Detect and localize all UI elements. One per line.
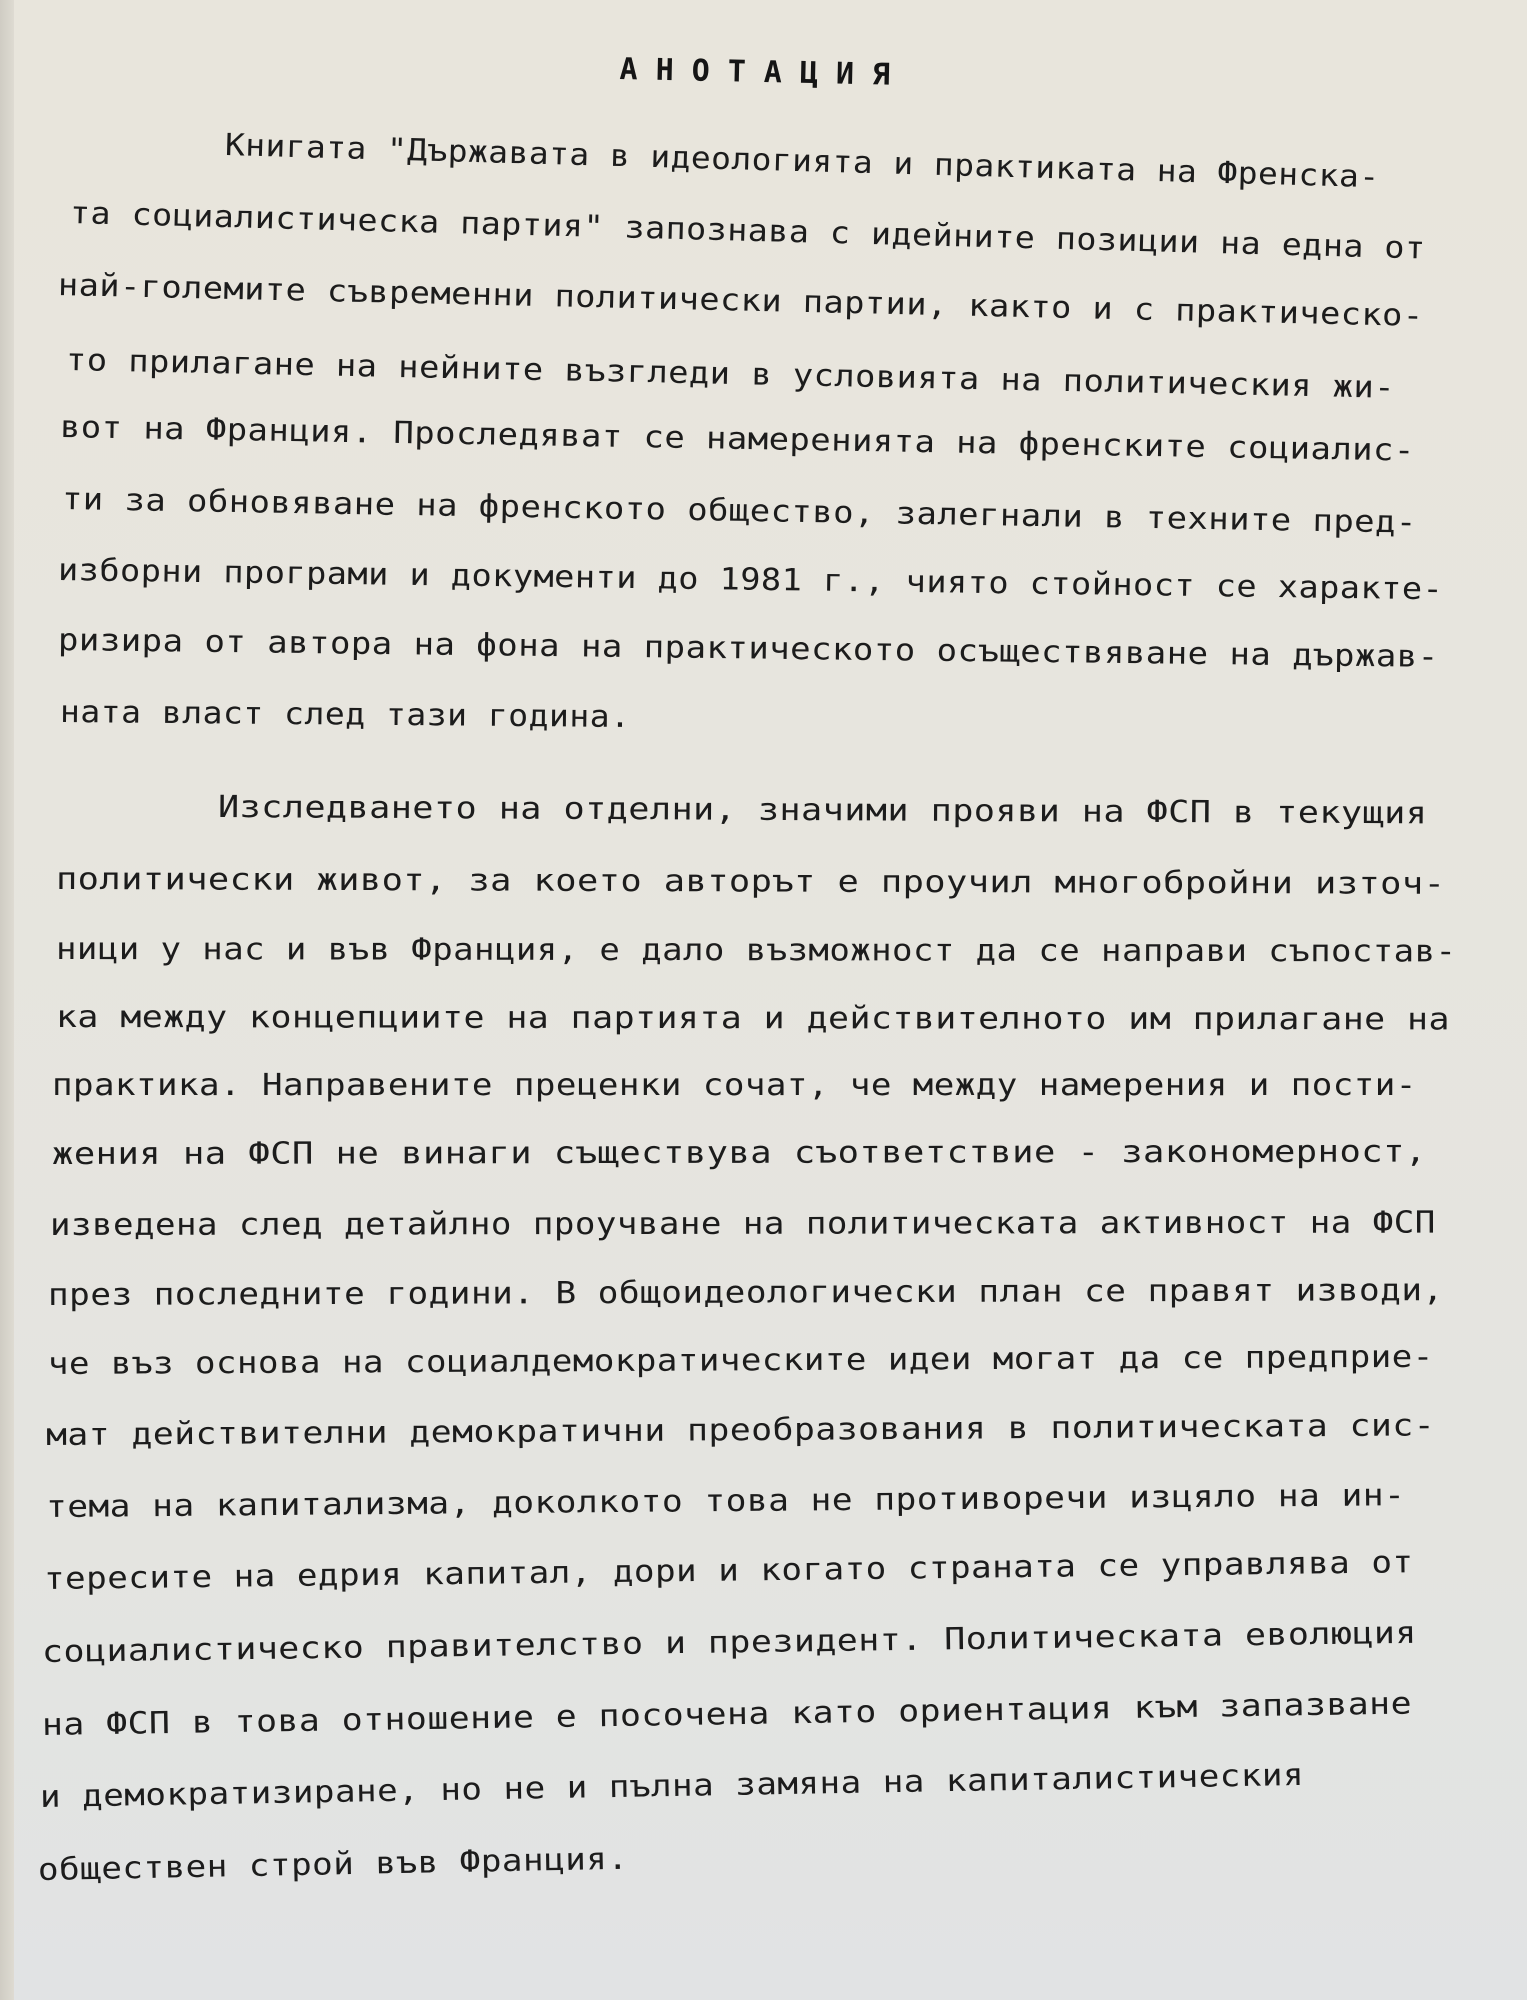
text-line: практика. Направените преценки сочат, че… (52, 1068, 1417, 1103)
text-line: на ФСП в това отношение е посочена като … (42, 1686, 1413, 1743)
text-line: през последните години. В общоидеологиче… (48, 1273, 1444, 1313)
text-line: жения на ФСП не винаги съществува съотве… (52, 1135, 1427, 1172)
text-line: и демократизиране, но не и пълна замяна … (40, 1758, 1305, 1815)
text-line: тема на капитализма, доколкото това не п… (46, 1478, 1406, 1525)
page-edge (0, 0, 14, 2000)
text-line: Изследването на отделни, значими прояви … (218, 790, 1428, 831)
text-line: изборни програми и документи до 1981 г.,… (58, 553, 1444, 607)
text-line: тересите на едрия капитал, дори и когато… (44, 1545, 1414, 1597)
text-line: мат действителни демократични преобразов… (46, 1408, 1435, 1453)
text-line: ка между концепциите на партията и дейст… (56, 1000, 1450, 1037)
text-line: социалистическо правителство и президент… (42, 1616, 1417, 1670)
text-line: изведена след детайлно проучване на поли… (50, 1206, 1436, 1243)
text-line: ти за обновяване на френското общество, … (62, 482, 1417, 541)
text-line: то прилагане на нейните възгледи в услов… (66, 343, 1396, 406)
page-title: АНОТАЦИЯ (619, 52, 908, 93)
text-line: ризира от автора на фона на практическот… (58, 623, 1439, 675)
text-line: политически живот, за което авторът е пр… (56, 862, 1445, 902)
text-line: та социалистическа партия" запознава с и… (70, 196, 1426, 266)
text-line: ници у нас и във Франция, е дало възможн… (56, 932, 1456, 969)
text-line: че въз основа на социалдемократическите … (48, 1340, 1434, 1382)
text-line: обществен строй във Франция. (38, 1842, 629, 1888)
text-line: най-големите съвременни политически парт… (58, 268, 1424, 334)
text-line: Книгата "Държавата в идеологията и практ… (225, 128, 1381, 195)
text-line: ната власт след тази година. (60, 695, 631, 735)
text-line: вот на Франция. Проследяват се намерения… (60, 410, 1415, 469)
